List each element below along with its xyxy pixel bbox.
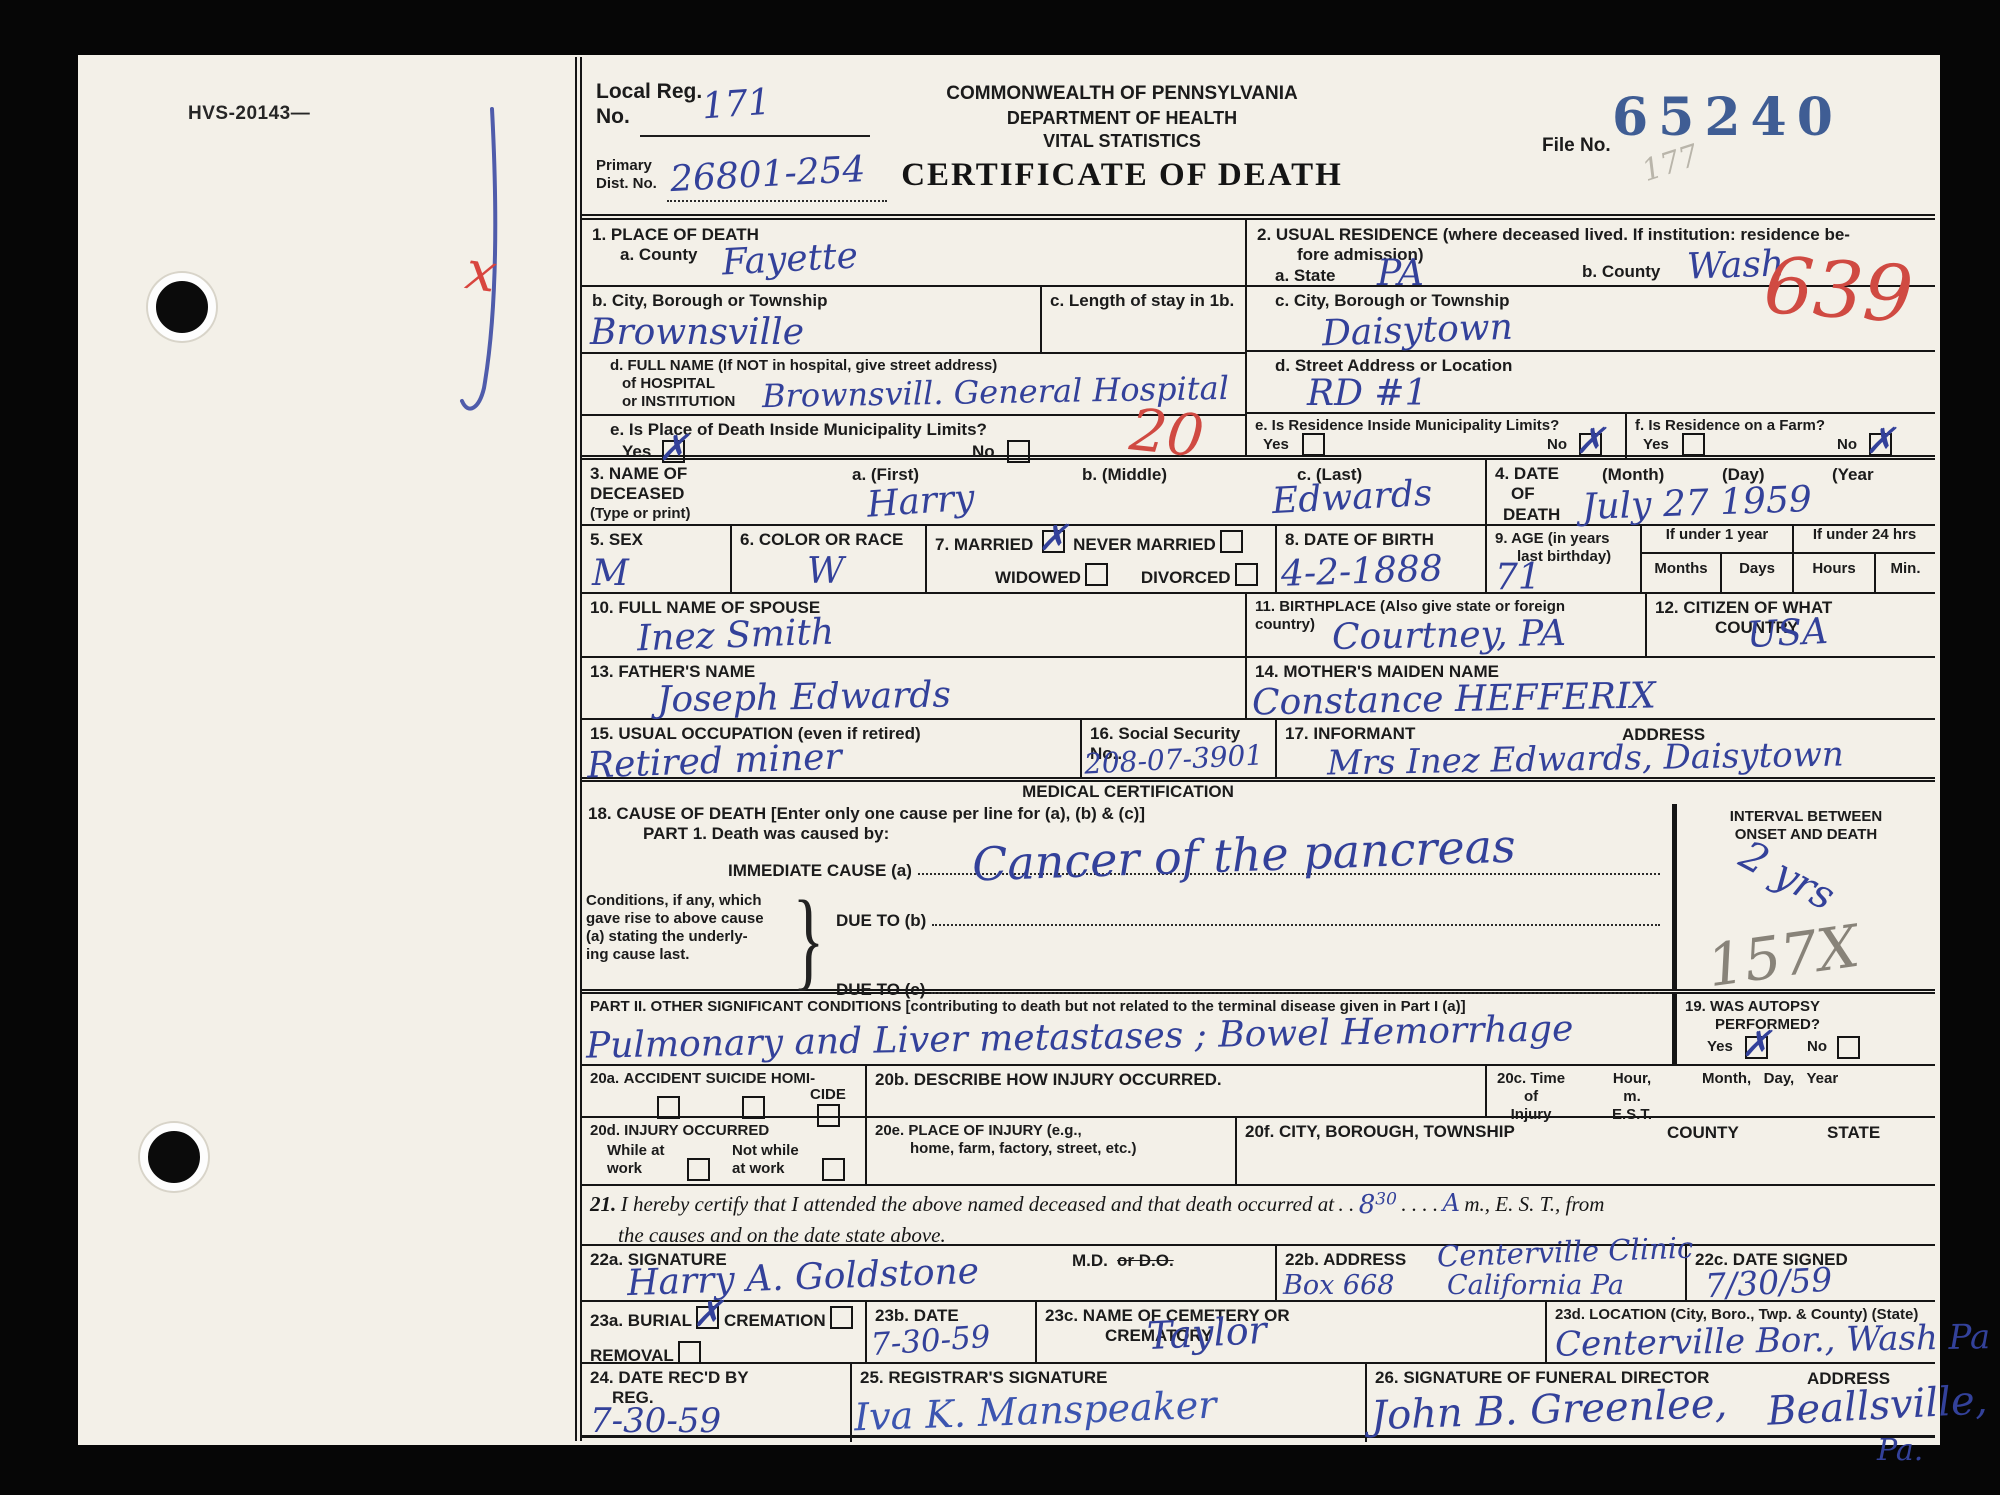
injury-city-label: 20f. CITY, BOROUGH, TOWNSHIP: [1245, 1122, 1515, 1141]
cemetery-label: 23c. NAME OF CEMETERY OR: [1045, 1306, 1537, 1326]
place-of-injury-label: 20e. PLACE OF INJURY (e.g.,: [875, 1122, 1227, 1140]
not-while-label: Not while: [732, 1142, 799, 1160]
county-value: Fayette: [721, 238, 859, 281]
year-label: (Year: [1832, 465, 1874, 485]
suicide-checkbox: [742, 1096, 765, 1119]
spouse-value: Inez Smith: [636, 615, 834, 658]
date-recd-label: 24. DATE REC'D BY: [590, 1368, 842, 1388]
sex-label: 5. SEX: [590, 530, 643, 549]
occupation-value: Retired miner: [586, 740, 842, 785]
due-to-b-label: DUE TO (b): [836, 911, 926, 931]
accident-label: ACCIDENT: [624, 1070, 702, 1087]
color-race-label: 6. COLOR OR RACE: [740, 530, 903, 549]
cert-text2: m., E. S. T., from: [1464, 1192, 1604, 1216]
farm-checkbox-no-checked: [1869, 433, 1892, 456]
local-reg-label: Local Reg.: [596, 80, 702, 103]
usual-residence-title: 2. USUAL RESIDENCE (where deceased lived…: [1257, 225, 1850, 244]
red-number-639: 639: [1762, 247, 1916, 335]
suicide-label: SUICIDE: [706, 1070, 767, 1087]
city-borough-value: Brownsville: [590, 315, 804, 351]
middle-name-label: b. (Middle): [1082, 465, 1167, 485]
conditions-label4: ing cause last.: [586, 946, 786, 964]
md-label: M.D.: [1072, 1251, 1108, 1271]
farm-yes-label: Yes: [1643, 436, 1669, 454]
cert-dots-post: . . . .: [1401, 1192, 1438, 1216]
physician-address-line1: Centerville Clinic: [1437, 1234, 1694, 1272]
certificate-title: CERTIFICATE OF DEATH: [832, 157, 1412, 194]
interval-value: 2 yrs: [1733, 835, 1840, 917]
res-county-label: b. County: [1582, 262, 1660, 282]
res-no-label: No: [1547, 436, 1567, 454]
checkbox-married-checked: [1042, 530, 1065, 553]
injury-county-label: COUNTY: [1667, 1123, 1739, 1143]
due-to-b-line: [932, 923, 1660, 926]
at-work-label: at work: [732, 1160, 799, 1178]
birthplace-label2: country): [1255, 616, 1315, 633]
never-married-label: NEVER MARRIED: [1073, 535, 1216, 554]
physician-address-label: 22b. ADDRESS: [1285, 1250, 1406, 1269]
m-label: m.: [1612, 1088, 1652, 1106]
cremation-label: CREMATION: [724, 1311, 826, 1330]
accident-checkbox: [657, 1096, 680, 1119]
days-label: Days: [1722, 554, 1794, 594]
checkbox-divorced: [1235, 563, 1258, 586]
physician-address-line2: Box 668: [1283, 1272, 1394, 1299]
registrar-signature-label: 25. REGISTRAR'S SIGNATURE: [860, 1368, 1107, 1387]
cert-text: I hereby certify that I attended the abo…: [621, 1192, 1334, 1216]
city-borough-label: b. City, Borough or Township: [592, 291, 827, 310]
divorced-label: DIVORCED: [1141, 568, 1231, 587]
removal-label: REMOVAL: [590, 1346, 674, 1365]
birthplace-label: 11. BIRTHPLACE (Also give state or forei…: [1255, 598, 1637, 616]
citizen-value: USA: [1746, 614, 1829, 654]
file-number-stamp: 65240: [1612, 87, 1843, 148]
months-label: Months: [1642, 554, 1722, 594]
date-of-birth-value: 4-2-1888: [1280, 551, 1443, 593]
part2-value: Pulmonary and Liver metastases ; Bowel H…: [586, 1011, 1574, 1064]
autopsy-checkbox-yes-checked: [1745, 1036, 1768, 1059]
mother-maiden-value: Constance HEFFERIX: [1252, 678, 1656, 721]
state-label: a. State: [1275, 266, 1335, 285]
not-while-at-work-checkbox: [822, 1158, 845, 1181]
do-label-struck: or D.O.: [1117, 1251, 1174, 1271]
color-race-value: W: [807, 554, 844, 590]
form-code: HVS-20143—: [188, 103, 310, 125]
street-address-value: RD #1: [1307, 376, 1427, 412]
describe-injury-label: 20b. DESCRIBE HOW INJURY OCCURRED.: [875, 1070, 1222, 1089]
interval-label: INTERVAL BETWEEN: [1685, 808, 1927, 826]
month-label: (Month): [1602, 465, 1664, 485]
usual-residence-box: 639 2. USUAL RESIDENCE (where deceased l…: [1247, 220, 1935, 455]
homicide-label: HOMI-: [771, 1070, 815, 1087]
certificate-paper: HVS-20143— x Local Reg. No. 171 Primary …: [78, 55, 1940, 1445]
injury-state-label: STATE: [1827, 1123, 1880, 1143]
under-1-year-label: If under 1 year: [1642, 526, 1794, 552]
farm-checkbox-yes: [1682, 433, 1705, 456]
while-at-work-checkbox: [687, 1158, 710, 1181]
homicide-label2: CIDE: [810, 1086, 846, 1104]
file-no-label: File No.: [1542, 135, 1611, 158]
funeral-director-address-value: Beallsville,: [1766, 1380, 1988, 1431]
age-label: 9. AGE (in years: [1495, 530, 1632, 548]
res-yes-label: Yes: [1263, 436, 1289, 454]
res-checkbox-yes: [1302, 433, 1325, 456]
date-recd-value: 7-30-59: [590, 1404, 721, 1438]
date-of-death-value: July 27 1959: [1581, 482, 1812, 526]
conditions-label1: Conditions, if any, which: [586, 892, 786, 910]
last-name-value: Edwards: [1271, 476, 1433, 520]
death-time-value: 8: [1359, 1190, 1376, 1220]
place-of-death-box: 1. PLACE OF DEATH a. County Fayette b. C…: [582, 220, 1247, 455]
month-day-year-label: Month, Day, Year: [1702, 1070, 1838, 1088]
cert-text3: the causes and on the date state above.: [618, 1223, 1927, 1248]
informant-label: 17. INFORMANT: [1285, 724, 1415, 743]
death-certificate-form: Local Reg. No. 171 Primary Dist. No. 268…: [575, 57, 1935, 1441]
informant-value: Mrs Inez Edwards, Daisytown: [1327, 737, 1844, 780]
physician-signature-value: Harry A. Goldstone: [626, 1254, 979, 1302]
injury-occurred-label: 20d. INJURY OCCURRED: [590, 1122, 769, 1139]
age-value: 71: [1495, 560, 1541, 596]
burial-checkbox-checked: [696, 1306, 719, 1329]
under-24-hrs-label: If under 24 hrs: [1794, 526, 1935, 552]
min-label: Min.: [1876, 554, 1935, 594]
dist-no-label: Dist. No.: [596, 175, 657, 192]
physician-address-line3: California Pa: [1447, 1272, 1624, 1299]
sex-value: M: [592, 556, 629, 592]
autopsy-no-label: No: [1807, 1038, 1827, 1056]
cert-dots-pre: . .: [1339, 1192, 1355, 1216]
ssn-value: 208-07-3901: [1083, 741, 1263, 778]
time-of-label: of: [1497, 1088, 1565, 1106]
conditions-brace: }: [793, 876, 825, 1003]
funeral-director-value: John B. Greenlee,: [1370, 1384, 1727, 1436]
hour-label: Hour,: [1612, 1070, 1652, 1088]
res-municipality-label: e. Is Residence Inside Municipality Limi…: [1255, 417, 1559, 434]
primary-label: Primary: [596, 157, 652, 174]
farm-label: f. Is Residence on a Farm?: [1635, 417, 1825, 434]
punch-hole-top: [148, 273, 216, 341]
farm-no-label: No: [1837, 436, 1857, 454]
red-number-20: 20: [1127, 400, 1206, 465]
autopsy-label: 19. WAS AUTOPSY: [1685, 998, 1927, 1016]
father-name-value: Joseph Edwards: [657, 677, 951, 718]
pencil-number: 157X: [1703, 912, 1863, 1000]
interval-label2: ONSET AND DEATH: [1685, 826, 1927, 844]
form-grid: 1. PLACE OF DEATH a. County Fayette b. C…: [582, 220, 1935, 1438]
checkbox-never-married: [1220, 530, 1243, 553]
conditions-label2: gave rise to above cause: [586, 910, 786, 928]
cremation-checkbox: [830, 1306, 853, 1329]
county-label: a. County: [620, 245, 697, 264]
death-time-minutes: 30: [1375, 1190, 1397, 1210]
date-of-birth-label: 8. DATE OF BIRTH: [1285, 530, 1434, 549]
org-line2: DEPARTMENT OF HEALTH: [832, 108, 1412, 130]
org-line3: VITAL STATISTICS: [832, 131, 1412, 153]
cemetery-value: Taylor: [1146, 1311, 1268, 1355]
funeral-director-address-value2: Pa.: [1877, 1436, 1923, 1466]
date-signed-value: 7/30/59: [1704, 1263, 1833, 1303]
left-stub: HVS-20143— x: [78, 55, 575, 1445]
married-label: 7. MARRIED: [935, 535, 1033, 554]
res-city-value: Daisytown: [1321, 310, 1513, 353]
time-of-injury-label: 20c. Time: [1497, 1070, 1565, 1088]
accident-suicide-label: 20a.: [590, 1070, 619, 1087]
first-name-value: Harry: [866, 480, 976, 523]
length-of-stay-label: c. Length of stay in 1b.: [1050, 291, 1234, 310]
cert-number: 21.: [590, 1192, 616, 1216]
autopsy-yes-label: Yes: [1707, 1038, 1733, 1056]
while-at-label: While at: [607, 1142, 665, 1160]
burial-label: 23a. BURIAL: [590, 1311, 692, 1330]
no-label: No.: [596, 105, 630, 128]
birthplace-value: Courtney, PA: [1332, 616, 1567, 656]
form-header: Local Reg. No. 171 Primary Dist. No. 268…: [582, 57, 1935, 220]
removal-checkbox: [678, 1341, 701, 1364]
registrar-signature-value: Iva K. Manspeaker: [853, 1386, 1217, 1437]
punch-hole-bottom: [140, 1123, 208, 1191]
burial-date-value: 7-30-59: [870, 1322, 991, 1361]
widowed-label: WIDOWED: [995, 568, 1081, 587]
burial-location-value: Centerville Bor., Wash Pa: [1555, 1320, 1991, 1362]
death-time-ampm: A: [1443, 1189, 1460, 1217]
conditions-label3: (a) stating the underly-: [586, 928, 786, 946]
org-line1: COMMONWEALTH OF PENNSYLVANIA: [832, 83, 1412, 106]
hours-label: Hours: [1794, 554, 1876, 594]
checkbox-widowed: [1085, 563, 1108, 586]
local-reg-value: 171: [701, 85, 772, 126]
autopsy-checkbox-no: [1837, 1036, 1860, 1059]
place-of-injury-label2: home, farm, factory, street, etc.): [910, 1140, 1227, 1158]
medical-certification-banner: MEDICAL CERTIFICATION: [582, 782, 1674, 804]
res-checkbox-no-checked: [1579, 433, 1602, 456]
work-label: work: [607, 1160, 665, 1178]
